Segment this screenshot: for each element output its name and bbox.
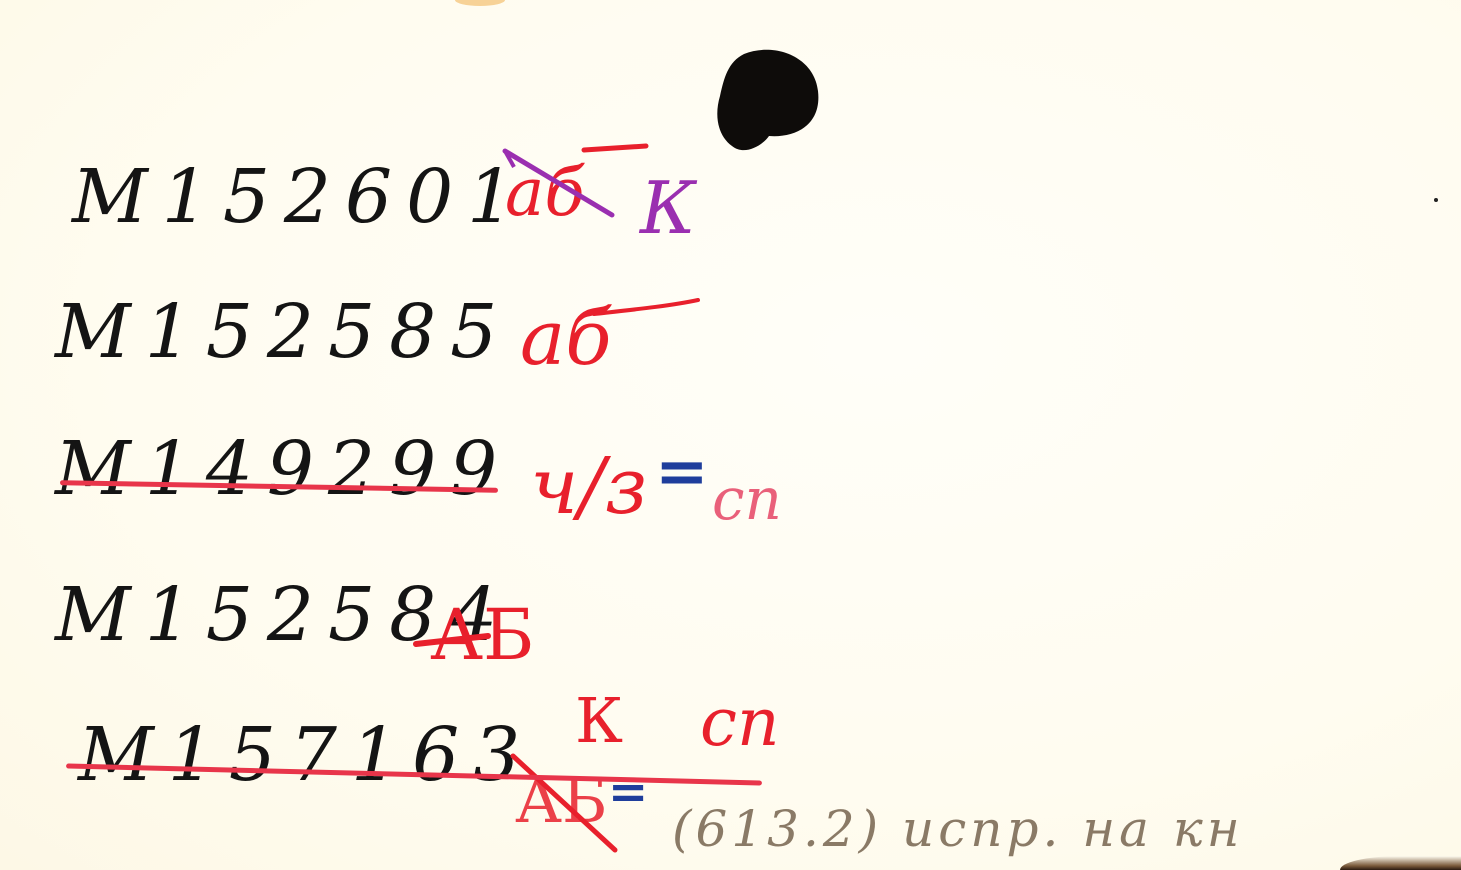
entry-note-correction: К [640,172,696,244]
red-cross-stroke [412,630,492,650]
ink-stain [455,0,505,6]
entry-note: ч/з [530,448,647,526]
entry-note-above: К [575,690,623,752]
red-overline [580,142,650,162]
entry-note-extra: сп [712,470,782,528]
card-edge [1340,856,1461,870]
entry-number: M157163 [78,718,534,792]
red-overline [590,298,702,318]
speck [1434,198,1438,202]
punch-hole [714,46,820,156]
entry-number: M152601 [72,160,528,234]
equals-sign: = [655,440,709,504]
equals-sign: = [608,768,648,816]
pencil-note: (613.2) испр. на кн [672,804,1244,854]
entry-number: M152585 [55,295,511,369]
red-cross-stroke [505,750,625,860]
entry-note-above: сп [700,690,779,756]
catalog-card: M152601 аб К M152585 аб M149299 ч/з = сп… [0,0,1461,870]
entry-number: M149299 [55,432,511,506]
